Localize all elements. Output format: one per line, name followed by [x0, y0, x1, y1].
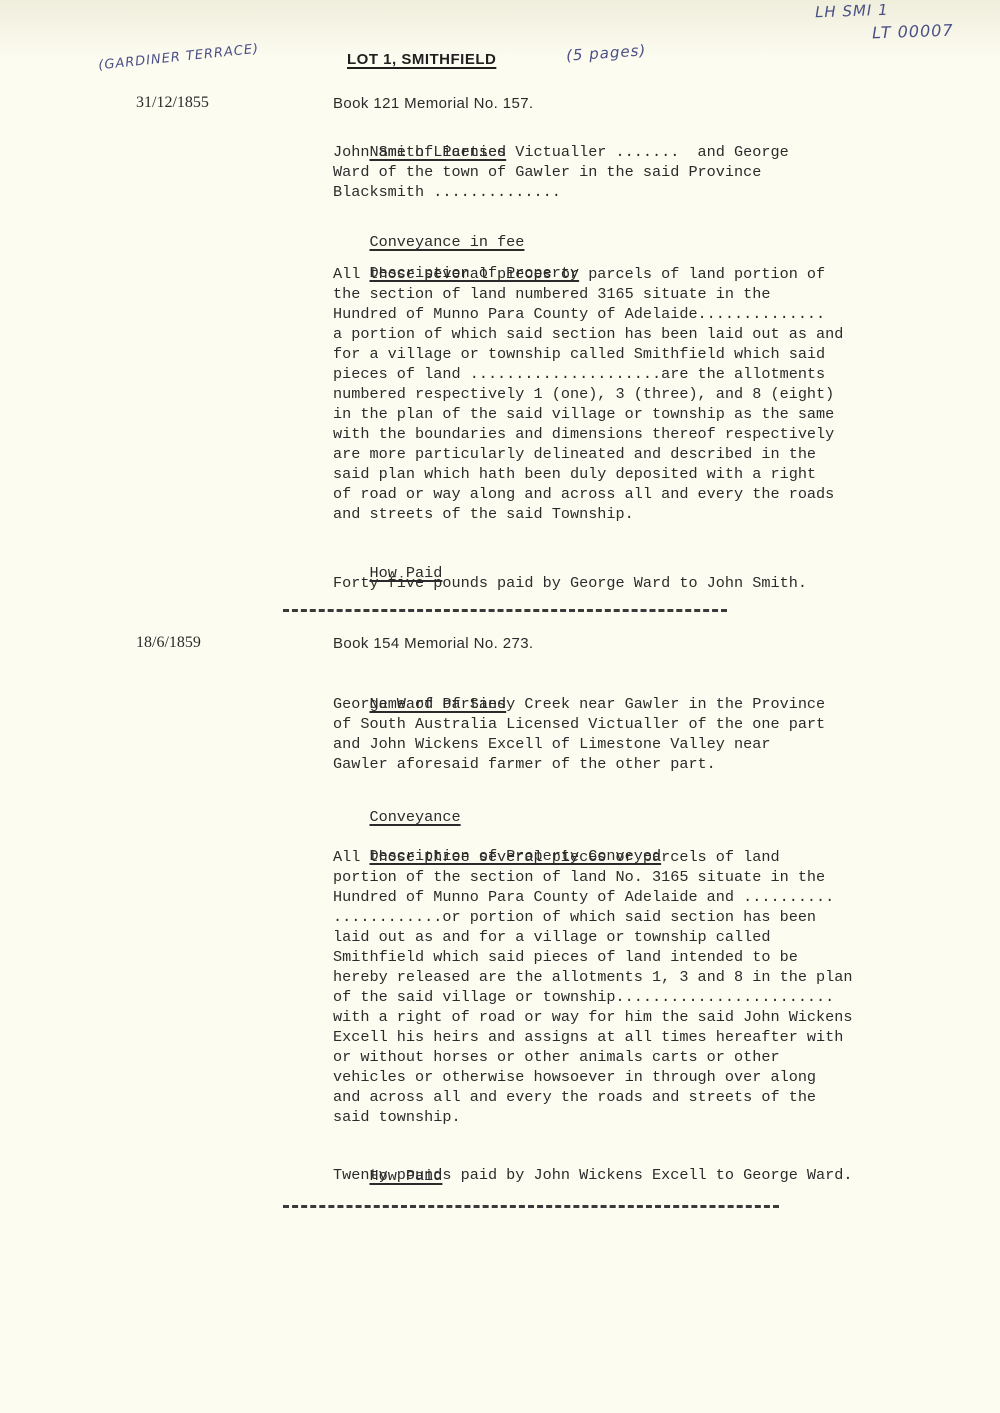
entry-date: 31/12/1855	[136, 94, 209, 112]
handwritten-reference-line1: LH SMI 1	[815, 1, 889, 22]
parties-text: John Smith Licensed Victualler ....... a…	[333, 142, 973, 202]
description-text: All those several pieces or parcels of l…	[333, 264, 973, 524]
description-text: All those three several pieces or parcel…	[333, 847, 973, 1127]
handwritten-reference-line2: LT 00007	[872, 21, 954, 43]
entry-memorial: Book 154 Memorial No. 273.	[333, 635, 534, 652]
entry-memorial: Book 121 Memorial No. 157.	[333, 95, 534, 112]
payment-text: Forty five pounds paid by George Ward to…	[333, 573, 973, 593]
entry-divider	[283, 1205, 779, 1208]
entry-date: 18/6/1859	[136, 634, 201, 652]
document-page: LH SMI 1 LT 00007 (GARDINER TERRACE) (5 …	[0, 0, 1000, 1413]
entry-divider	[283, 609, 727, 612]
payment-text: Twenty pounds paid by John Wickens Excel…	[333, 1165, 973, 1185]
conveyance-type-heading: Conveyance	[369, 807, 460, 827]
parties-text: George Ward of Sandy Creek near Gawler i…	[333, 694, 973, 774]
document-title: LOT 1, SMITHFIELD	[347, 51, 496, 68]
